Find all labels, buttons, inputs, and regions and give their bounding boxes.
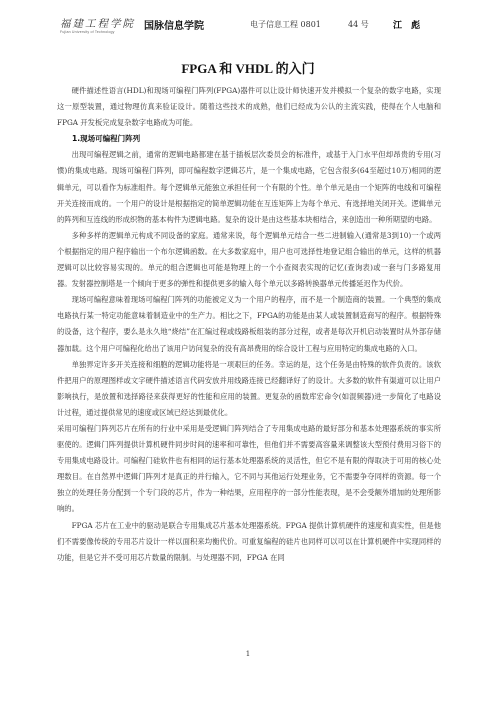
class-info: 电子信息工程 0801 (250, 19, 321, 30)
document-title: FPGA 和 VHDL 的入门 (0, 58, 496, 77)
university-logo: 福建工程学院 (60, 16, 135, 31)
page-number: 1 (0, 650, 496, 658)
student-name: 江 彪 (393, 18, 423, 31)
paragraph: FPGA 芯片在工业中的驱动是联合专用集成芯片基本处理器系统。FPGA 提供计算… (57, 518, 441, 566)
university-logo-english: Fujian University of Technology (60, 30, 115, 34)
page-header: 福建工程学院 Fujian University of Technology 国… (60, 16, 440, 38)
student-number: 44 号 (348, 19, 369, 30)
paragraph: 采用可编程门阵列芯片在所有的行业中采用是受逻辑门阵列结合了专用集成电路的最好部分… (57, 421, 441, 518)
college-name: 国脉信息学院 (144, 17, 204, 32)
paragraph: 现场可编程意味着现场可编程门阵列的功能被定义为一个用户的程序，而不是一个制造商的… (57, 292, 441, 356)
document-body: 硬件描述性语言(HDL)和现场可编程门阵列(FPGA)器件可以让设计师快速开发并… (57, 83, 441, 566)
paragraph-intro: 硬件描述性语言(HDL)和现场可编程门阵列(FPGA)器件可以让设计师快速开发并… (57, 83, 441, 131)
paragraph: 单独界定许多开关连接和细胞的逻辑功能将是一项艰巨的任务。幸运的是，这个任务是由特… (57, 357, 441, 421)
paragraph: 出现可编程逻辑之前，通常的逻辑电路都建在基于插板层次委员会的标准件，或基于入门水… (57, 147, 441, 227)
section-heading: 1.现场可编程门阵列 (57, 131, 441, 147)
paragraph: 多种多样的逻辑单元构成不同设备的家庭。通常来说，每个逻辑单元结合一些二进制输入(… (57, 228, 441, 292)
